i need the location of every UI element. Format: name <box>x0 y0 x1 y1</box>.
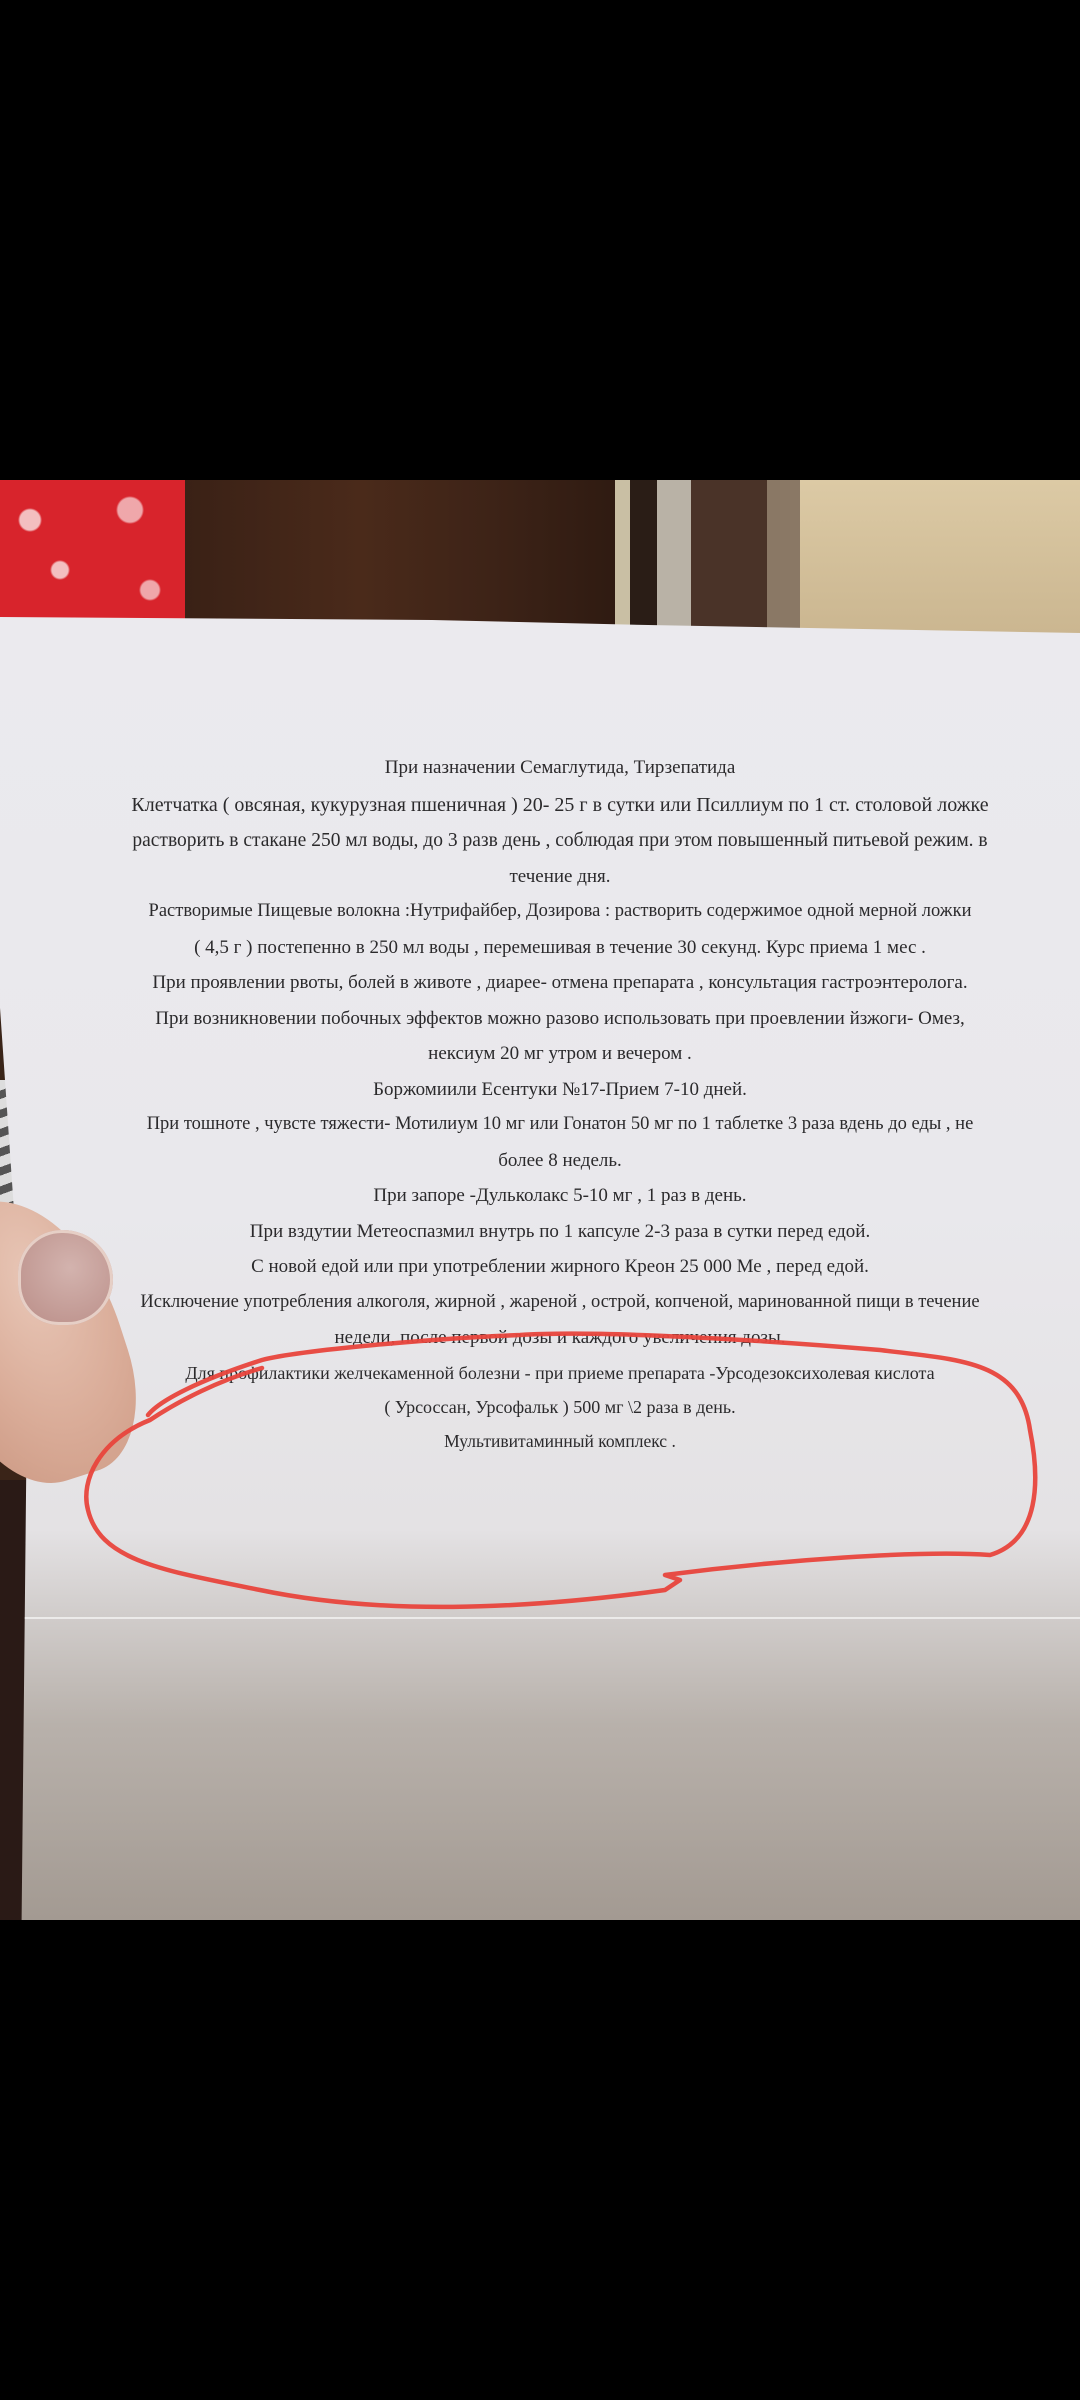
doc-line-highlighted: Мультивитаминный комплекс . <box>60 1424 1060 1458</box>
doc-line: нексиум 20 мг утром и вечером . <box>60 1036 1060 1072</box>
doc-line: течение дня. <box>60 859 1060 895</box>
paper-fold <box>0 1617 1080 1619</box>
doc-line: При возникновении побочных эффектов можн… <box>60 1001 1060 1037</box>
background-wall <box>800 480 1080 650</box>
background-doorway <box>615 480 805 650</box>
doc-line: Боржомиили Есентуки №17-Прием 7-10 дней. <box>60 1072 1060 1108</box>
document-title: При назначении Семаглутида, Тирзепатида <box>60 750 1060 786</box>
background-wood-cabinet <box>185 480 625 640</box>
doc-line: ( 4,5 г ) постепенно в 250 мл воды , пер… <box>60 930 1060 966</box>
doc-line: Клетчатка ( овсяная, кукурузная пшенична… <box>60 788 1060 824</box>
doc-line: растворить в стакане 250 мл воды, до 3 р… <box>60 823 1060 859</box>
document-photo: При назначении Семаглутида, Тирзепатида … <box>0 480 1080 1920</box>
thumbnail-fingernail <box>18 1230 113 1325</box>
doc-line: Растворимые Пищевые волокна :Нутрифайбер… <box>60 894 1060 930</box>
doc-line: При проявлении рвоты, болей в животе , д… <box>60 965 1060 1001</box>
doc-line-highlighted: Для профилактики желчекаменной болезни -… <box>60 1356 1060 1390</box>
background-fabric <box>0 480 210 630</box>
doc-line: С новой едой или при употреблении жирног… <box>60 1249 1060 1285</box>
doc-line-highlighted: ( Урсоссан, Урсофальк ) 500 мг \2 раза в… <box>60 1390 1060 1424</box>
doc-line: недели, после первой дозы и каждого увел… <box>60 1320 1060 1356</box>
doc-line: Исключение употребления алкоголя, жирной… <box>60 1285 1060 1321</box>
doc-line: При тошноте , чувсте тяжести- Мотилиум 1… <box>60 1107 1060 1143</box>
doc-line: более 8 недель. <box>60 1143 1060 1179</box>
doc-line: При запоре -Дульколакс 5-10 мг , 1 раз в… <box>60 1178 1060 1214</box>
document-body: При назначении Семаглутида, Тирзепатида … <box>60 750 1060 1458</box>
doc-line: При вздутии Метеоспазмил внутрь по 1 кап… <box>60 1214 1060 1250</box>
